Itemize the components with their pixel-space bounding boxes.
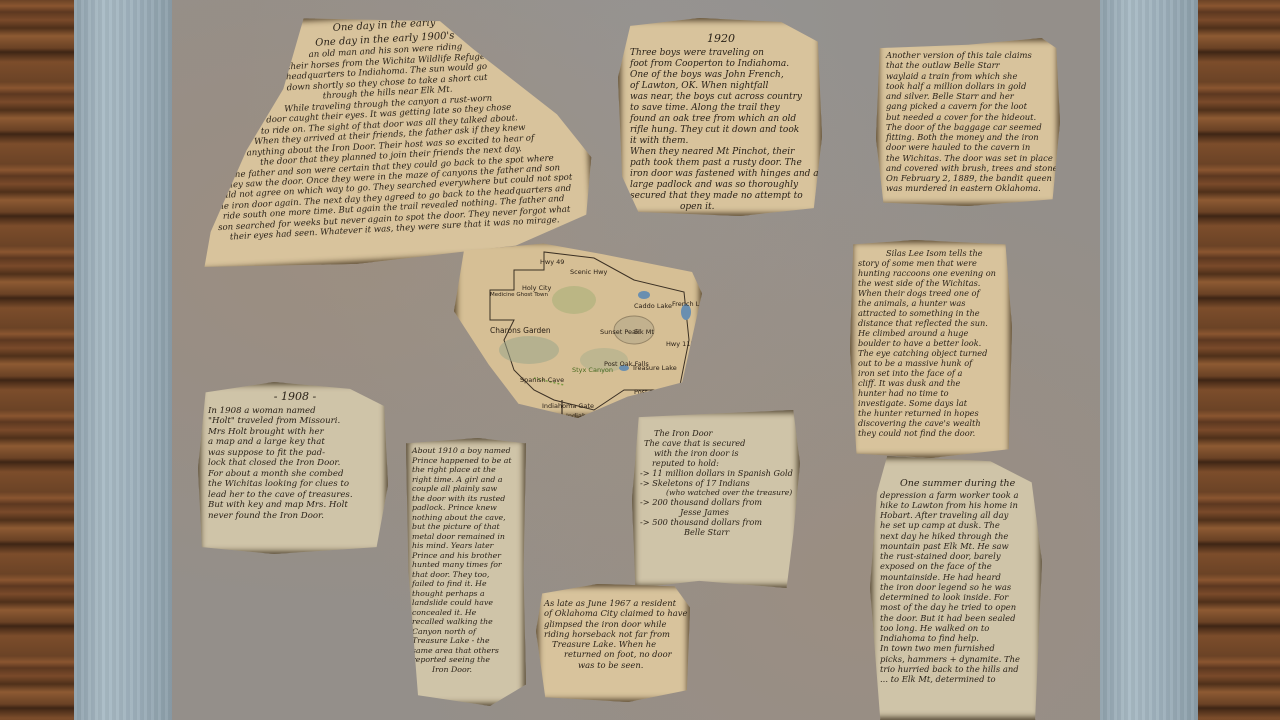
- note-line: path took them past a rusty door. The: [630, 158, 812, 169]
- note-line: In 1908 a woman named: [208, 406, 382, 416]
- note-line: was near, the boys cut across country: [630, 92, 812, 103]
- note-belle-starr: Another version of this tale claims that…: [876, 38, 1060, 206]
- note-line: the hunter returned in hopes: [858, 408, 1006, 418]
- map-label: Spanish Cave: [520, 376, 564, 384]
- note-line: large padlock and was so thoroughly: [630, 180, 812, 191]
- note-line: the right place at the: [412, 465, 522, 475]
- note-line: riding horseback not far from: [544, 629, 684, 639]
- note-line: On February 2, 1889, the bandit queen: [886, 173, 1052, 183]
- note-line: lock that closed the Iron Door.: [208, 458, 382, 468]
- note-line: they could not find the door.: [858, 428, 1006, 438]
- note-line: glimpsed the iron door while: [544, 619, 684, 629]
- note-line: boulder to have a better look.: [858, 338, 1006, 348]
- note-line: but the picture of that: [412, 522, 522, 532]
- note-line: but needed a cover for the hideout.: [886, 112, 1052, 122]
- note-line: concealed it. He: [412, 608, 522, 618]
- note-line: padlock. Prince knew: [412, 503, 522, 513]
- note-line: story of some men that were: [858, 258, 1006, 268]
- map-label: Post Oak Creek: [634, 388, 683, 396]
- note-line: was suppose to fit the pad-: [208, 448, 382, 458]
- note-line: it with them.: [630, 136, 812, 147]
- note-depression: One summer during the depression a farm …: [870, 456, 1042, 720]
- map-label: Treasure Lake: [632, 364, 677, 372]
- note-line: But with key and map Mrs. Holt: [208, 500, 382, 510]
- note-line: and covered with brush, trees and stones…: [886, 163, 1052, 173]
- note-line: Hobart. After traveling all day: [880, 510, 1036, 520]
- note-line: As late as June 1967 a resident: [544, 598, 684, 608]
- note-iron-door: The Iron Door The cave that is secured w…: [632, 410, 800, 588]
- note-body: One day in the early 1900's an old man a…: [199, 24, 581, 244]
- note-line: the rust-stained door, barely: [880, 551, 1036, 561]
- note-silas-isom: Silas Lee Isom tells the story of some m…: [850, 240, 1012, 458]
- note-line: The door of the baggage car seemed: [886, 122, 1052, 132]
- note-line: One of the boys was John French,: [630, 70, 812, 81]
- note-line: that the outlaw Belle Starr: [886, 60, 1052, 70]
- note-line: exposed on the face of the: [880, 561, 1036, 571]
- map-label: Indiahoma: [566, 412, 600, 418]
- note-line: trio hurried back to the hills and: [880, 664, 1036, 674]
- note-line: his mind. Years later: [412, 541, 522, 551]
- note-line: was to be seen.: [544, 660, 684, 670]
- note-line: most of the day he tried to open: [880, 602, 1036, 612]
- note-line: he set up camp at dusk. The: [880, 520, 1036, 530]
- note-line: hunting raccoons one evening on: [858, 268, 1006, 278]
- wood-wall-right: [1198, 0, 1280, 720]
- note-line: discovering the cave's wealth: [858, 418, 1006, 428]
- note-prince-1910: About 1910 a boy named Prince happened t…: [406, 438, 526, 706]
- map-wichita-mountains: Hwy 49 Scenic Hwy Medicine Ghost Town Ho…: [454, 240, 702, 418]
- map-label: Hwy 115: [666, 340, 695, 348]
- note-line: nothing about the cave,: [412, 513, 522, 523]
- note-line: depression a farm worker took a: [880, 490, 1036, 500]
- note-line: In town two men furnished: [880, 643, 1036, 653]
- note-line: Silas Lee Isom tells the: [858, 248, 1006, 258]
- display-board: One day in the early One day in the earl…: [172, 0, 1100, 720]
- note-line: failed to find it. He: [412, 579, 522, 589]
- note-line: metal door remained in: [412, 532, 522, 542]
- note-line: the Wichitas. The door was set in place: [886, 153, 1052, 163]
- note-list-item: (who watched over the treasure): [640, 488, 794, 497]
- note-list-item: -> Skeletons of 17 Indians: [640, 478, 794, 488]
- note-line: picks, hammers + dynamite. The: [880, 654, 1036, 664]
- frame-left: [74, 0, 172, 720]
- note-1920: 1920 Three boys were traveling on foot f…: [618, 18, 822, 216]
- note-line: rifle hung. They cut it down and took: [630, 125, 812, 136]
- map-label: Medicine Ghost Town: [490, 292, 548, 298]
- note-line: iron set into the face of a: [858, 368, 1006, 378]
- note-line: attracted to something in the: [858, 308, 1006, 318]
- note-line: Treasure Lake - the: [412, 636, 522, 646]
- note-line: hike to Lawton from his home in: [880, 500, 1036, 510]
- note-line: a map and a large key that: [208, 437, 382, 447]
- note-list-item: -> 500 thousand dollars from: [640, 517, 794, 527]
- note-line: landslide could have: [412, 598, 522, 608]
- note-line: the Wichitas looking for clues to: [208, 479, 382, 489]
- note-list-item: -> 11 million dollars in Spanish Gold: [640, 468, 794, 478]
- note-list-item: Jesse James: [640, 507, 794, 517]
- note-line: and silver. Belle Starr and her: [886, 91, 1052, 101]
- note-line: out to be a massive hunk of: [858, 358, 1006, 368]
- note-early-1900s: One day in the early One day in the earl…: [184, 4, 596, 273]
- note-line: next day he hiked through the: [880, 531, 1036, 541]
- note-line: Indiahoma to find help.: [880, 633, 1036, 643]
- note-line: determined to look inside. For: [880, 592, 1036, 602]
- note-line: One summer during the: [880, 478, 1036, 490]
- note-line: For about a month she combed: [208, 469, 382, 479]
- note-line: The eye catching object turned: [858, 348, 1006, 358]
- note-line: hunter had no time to: [858, 388, 1006, 398]
- frame-right: [1100, 0, 1198, 720]
- note-line: He climbed around a huge: [858, 328, 1006, 338]
- note-line: Another version of this tale claims: [886, 50, 1052, 60]
- map-label: Elk Mt: [634, 328, 654, 336]
- note-line: Mrs Holt brought with her: [208, 427, 382, 437]
- note-line: couple all plainly saw: [412, 484, 522, 494]
- map-label: Holy City: [522, 284, 551, 292]
- note-line: Prince and his brother: [412, 551, 522, 561]
- map-label: Charons Garden: [490, 326, 551, 335]
- note-line: of Oklahoma City claimed to have: [544, 608, 684, 618]
- note-line: reported seeing the: [412, 655, 522, 665]
- note-line: the iron door legend so he was: [880, 582, 1036, 592]
- note-line: When their dogs treed one of: [858, 288, 1006, 298]
- note-line: was murdered in eastern Oklahoma.: [886, 183, 1052, 193]
- note-line: same area that others: [412, 646, 522, 656]
- note-line: of Lawton, OK. When nightfall: [630, 81, 812, 92]
- note-1908: - 1908 - In 1908 a woman named "Holt" tr…: [198, 382, 388, 554]
- note-line: took half a million dollars in gold: [886, 81, 1052, 91]
- note-list-item: -> 200 thousand dollars from: [640, 497, 794, 507]
- map-label: Scenic Hwy: [570, 268, 607, 276]
- map-label: Hwy 49: [540, 258, 564, 266]
- note-june-1967: As late as June 1967 a resident of Oklah…: [536, 584, 690, 702]
- note-line: mountain past Elk Mt. He saw: [880, 541, 1036, 551]
- note-line: The cave that is secured: [640, 438, 794, 448]
- wood-wall-left: [0, 0, 74, 720]
- note-line: ... to Elk Mt, determined to: [880, 674, 1036, 684]
- note-line: gang picked a cavern for the loot: [886, 101, 1052, 111]
- note-line: Iron Door.: [412, 665, 522, 675]
- note-line: that door. They too,: [412, 570, 522, 580]
- note-line: door were hauled to the cavern in: [886, 142, 1052, 152]
- note-line: Canyon north of: [412, 627, 522, 637]
- note-title: 1920: [630, 32, 812, 45]
- note-title: The Iron Door: [640, 428, 794, 438]
- note-line: hunted many times for: [412, 560, 522, 570]
- note-line: found an oak tree from which an old: [630, 114, 812, 125]
- note-line: the door. But it had been sealed: [880, 613, 1036, 623]
- note-line: the animals, a hunter was: [858, 298, 1006, 308]
- note-line: to save time. Along the trail they: [630, 103, 812, 114]
- note-line: thought perhaps a: [412, 589, 522, 599]
- note-line: investigate. Some days lat: [858, 398, 1006, 408]
- note-line: iron door was fastened with hinges and a: [630, 169, 812, 180]
- map-label: Spanish Canyon: [630, 400, 682, 408]
- note-line: open it.: [630, 202, 812, 213]
- note-line: secured that they made no attempt to: [630, 191, 812, 202]
- note-line: recalled walking the: [412, 617, 522, 627]
- note-line: distance that reflected the sun.: [858, 318, 1006, 328]
- note-line: mountainside. He had heard: [880, 572, 1036, 582]
- note-line: returned on foot, no door: [544, 649, 684, 659]
- note-line: Treasure Lake. When he: [544, 639, 684, 649]
- map-label: French Lake: [672, 300, 702, 308]
- note-line: About 1910 a boy named: [412, 446, 522, 456]
- note-line: reputed to hold:: [640, 458, 794, 468]
- note-line: too long. He walked on to: [880, 623, 1036, 633]
- map-label: Caddo Lake: [634, 302, 672, 310]
- note-list-item: Belle Starr: [640, 527, 794, 537]
- note-line: waylaid a train from which she: [886, 71, 1052, 81]
- note-line: "Holt" traveled from Missouri.: [208, 416, 382, 426]
- note-line: cliff. It was dusk and the: [858, 378, 1006, 388]
- note-line: Prince happened to be at: [412, 456, 522, 466]
- note-line: the west side of the Wichitas.: [858, 278, 1006, 288]
- note-title: - 1908 -: [208, 390, 382, 403]
- note-line: Three boys were traveling on: [630, 48, 812, 59]
- note-line: with the iron door is: [640, 448, 794, 458]
- note-line: never found the Iron Door.: [208, 511, 382, 521]
- note-line: the door with its rusted: [412, 494, 522, 504]
- note-line: lead her to the cave of treasures.: [208, 490, 382, 500]
- note-line: When they neared Mt Pinchot, their: [630, 147, 812, 158]
- map-label: Indiahoma Gate: [542, 402, 594, 410]
- note-line: foot from Cooperton to Indiahoma.: [630, 59, 812, 70]
- note-line: right time. A girl and a: [412, 475, 522, 485]
- note-line: fitting. Both the money and the iron: [886, 132, 1052, 142]
